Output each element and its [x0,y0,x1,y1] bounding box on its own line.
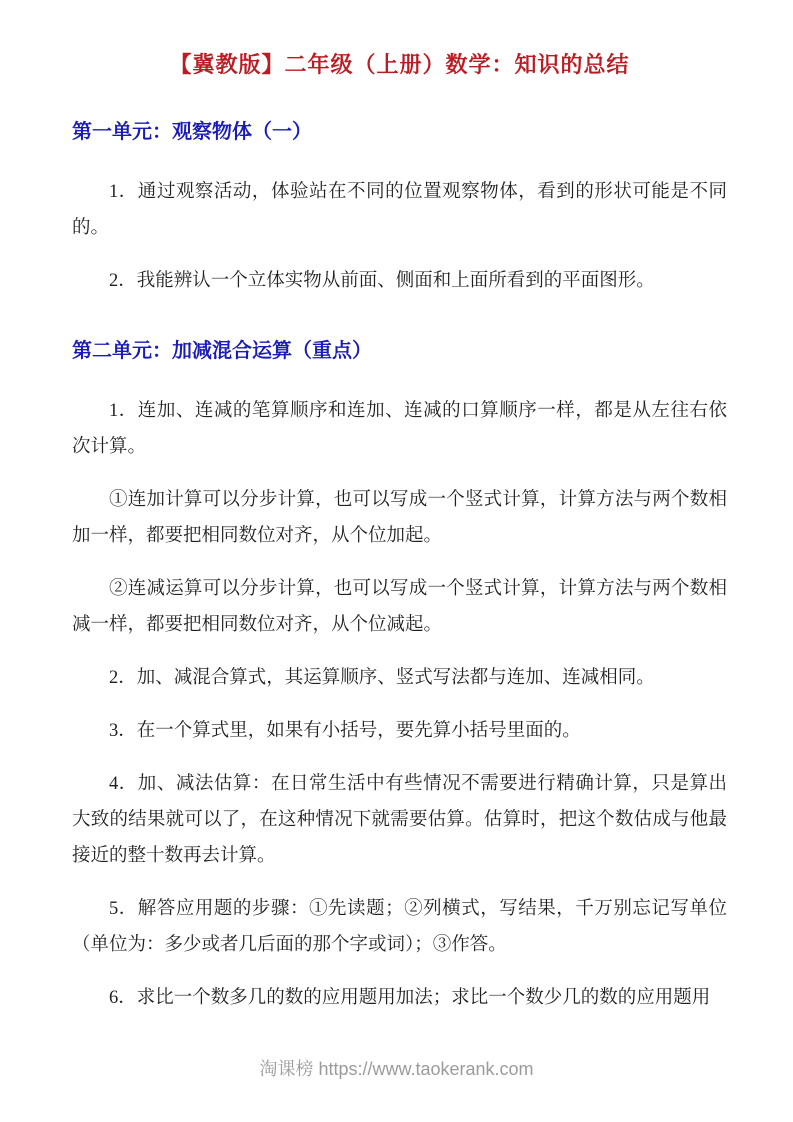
paragraph: 6．求比一个数多几的数的应用题用加法；求比一个数少几的数的应用题用 [72,980,727,1016]
paragraph: 4．加、减法估算：在日常生活中有些情况不需要进行精确计算，只是算出大致的结果就可… [72,766,727,874]
paragraph: ①连加计算可以分步计算，也可以写成一个竖式计算，计算方法与两个数相加一样，都要把… [72,482,727,554]
section-heading-unit2: 第二单元：加减混合运算（重点） [72,337,727,365]
page-title: 【冀教版】二年级（上册）数学：知识的总结 [72,50,727,80]
paragraph: 3．在一个算式里，如果有小括号，要先算小括号里面的。 [72,713,727,749]
paragraph: 5．解答应用题的步骤：①先读题；②列横式，写结果，千万别忘记写单位（单位为：多少… [72,891,727,963]
paragraph: 1．连加、连减的笔算顺序和连加、连减的口算顺序一样，都是从左往右依次计算。 [72,393,727,465]
paragraph: 2．加、减混合算式，其运算顺序、竖式写法都与连加、连减相同。 [72,660,727,696]
paragraph: 2．我能辨认一个立体实物从前面、侧面和上面所看到的平面图形。 [72,263,727,299]
section-heading-unit1: 第一单元：观察物体（一） [72,118,727,146]
paragraph: ②连减运算可以分步计算，也可以写成一个竖式计算，计算方法与两个数相减一样，都要把… [72,571,727,643]
paragraph: 1．通过观察活动，体验站在不同的位置观察物体，看到的形状可能是不同的。 [72,174,727,246]
document-page: 【冀教版】二年级（上册）数学：知识的总结 第一单元：观察物体（一） 1．通过观察… [0,0,793,1122]
footer-watermark: 淘课榜 https://www.taokerank.com [0,1058,793,1080]
